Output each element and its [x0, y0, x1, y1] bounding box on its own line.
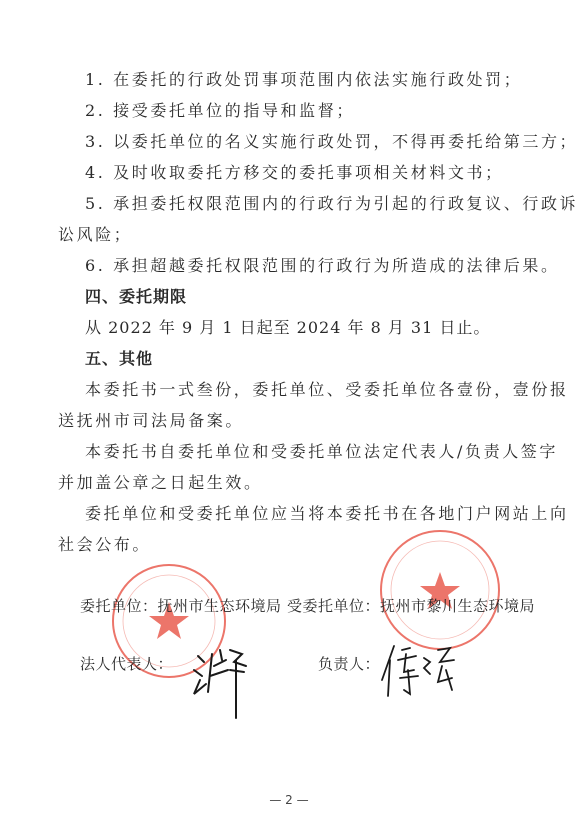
- other-para2-line1: 本委托书自委托单位和受委托单位法定代表人/负责人签字: [85, 442, 545, 462]
- section-heading-term: 四、委托期限: [85, 287, 545, 307]
- duty-item-3: 3. 以委托单位的名义实施行政处罚，不得再委托给第三方；: [85, 132, 545, 152]
- star-icon: [382, 532, 498, 648]
- duty-item-5: 5. 承担委托权限范围内的行政行为引起的行政复议、行政诉: [85, 194, 545, 214]
- entrusted-official-seal: [380, 530, 500, 650]
- other-para1-line1: 本委托书一式叁份，委托单位、受委托单位各壹份，壹份报: [85, 380, 545, 400]
- page-number: — 2 —: [0, 793, 578, 807]
- legal-representative-signature: [190, 640, 250, 720]
- document-page: 1. 在委托的行政处罚事项范围内依法实施行政处罚； 2. 接受委托单位的指导和监…: [0, 0, 578, 822]
- legal-representative-label: 法人代表人：: [80, 654, 173, 674]
- duty-item-2: 2. 接受委托单位的指导和监督；: [85, 101, 545, 121]
- duty-item-4: 4. 及时收取委托方移交的委托事项相关材料文书；: [85, 163, 545, 183]
- duty-item-1: 1. 在委托的行政处罚事项范围内依法实施行政处罚；: [85, 70, 545, 90]
- other-para3-line1: 委托单位和受委托单位应当将本委托书在各地门户网站上向: [85, 504, 545, 524]
- entrusting-unit-name: 抚州市生态环境局: [158, 597, 282, 615]
- duty-item-5-cont: 讼风险；: [58, 225, 518, 245]
- other-para2-line2: 并加盖公章之日起生效。: [58, 473, 518, 493]
- entrusted-unit-name: 抚州市黎川生态环境局: [380, 597, 535, 615]
- responsible-person-signature: [380, 640, 460, 700]
- entrusting-unit-label: 委托单位：抚州市生态环境局: [80, 596, 282, 616]
- other-para1-line2: 送抚州市司法局备案。: [58, 411, 518, 431]
- section-heading-other: 五、其他: [85, 349, 545, 369]
- entrusted-unit-label: 受委托单位：抚州市黎川生态环境局: [287, 596, 535, 616]
- responsible-person-label: 负责人：: [318, 654, 380, 674]
- term-text: 从 2022 年 9 月 1 日起至 2024 年 8 月 31 日止。: [85, 318, 545, 338]
- duty-item-6: 6. 承担超越委托权限范围的行政行为所造成的法律后果。: [85, 256, 545, 276]
